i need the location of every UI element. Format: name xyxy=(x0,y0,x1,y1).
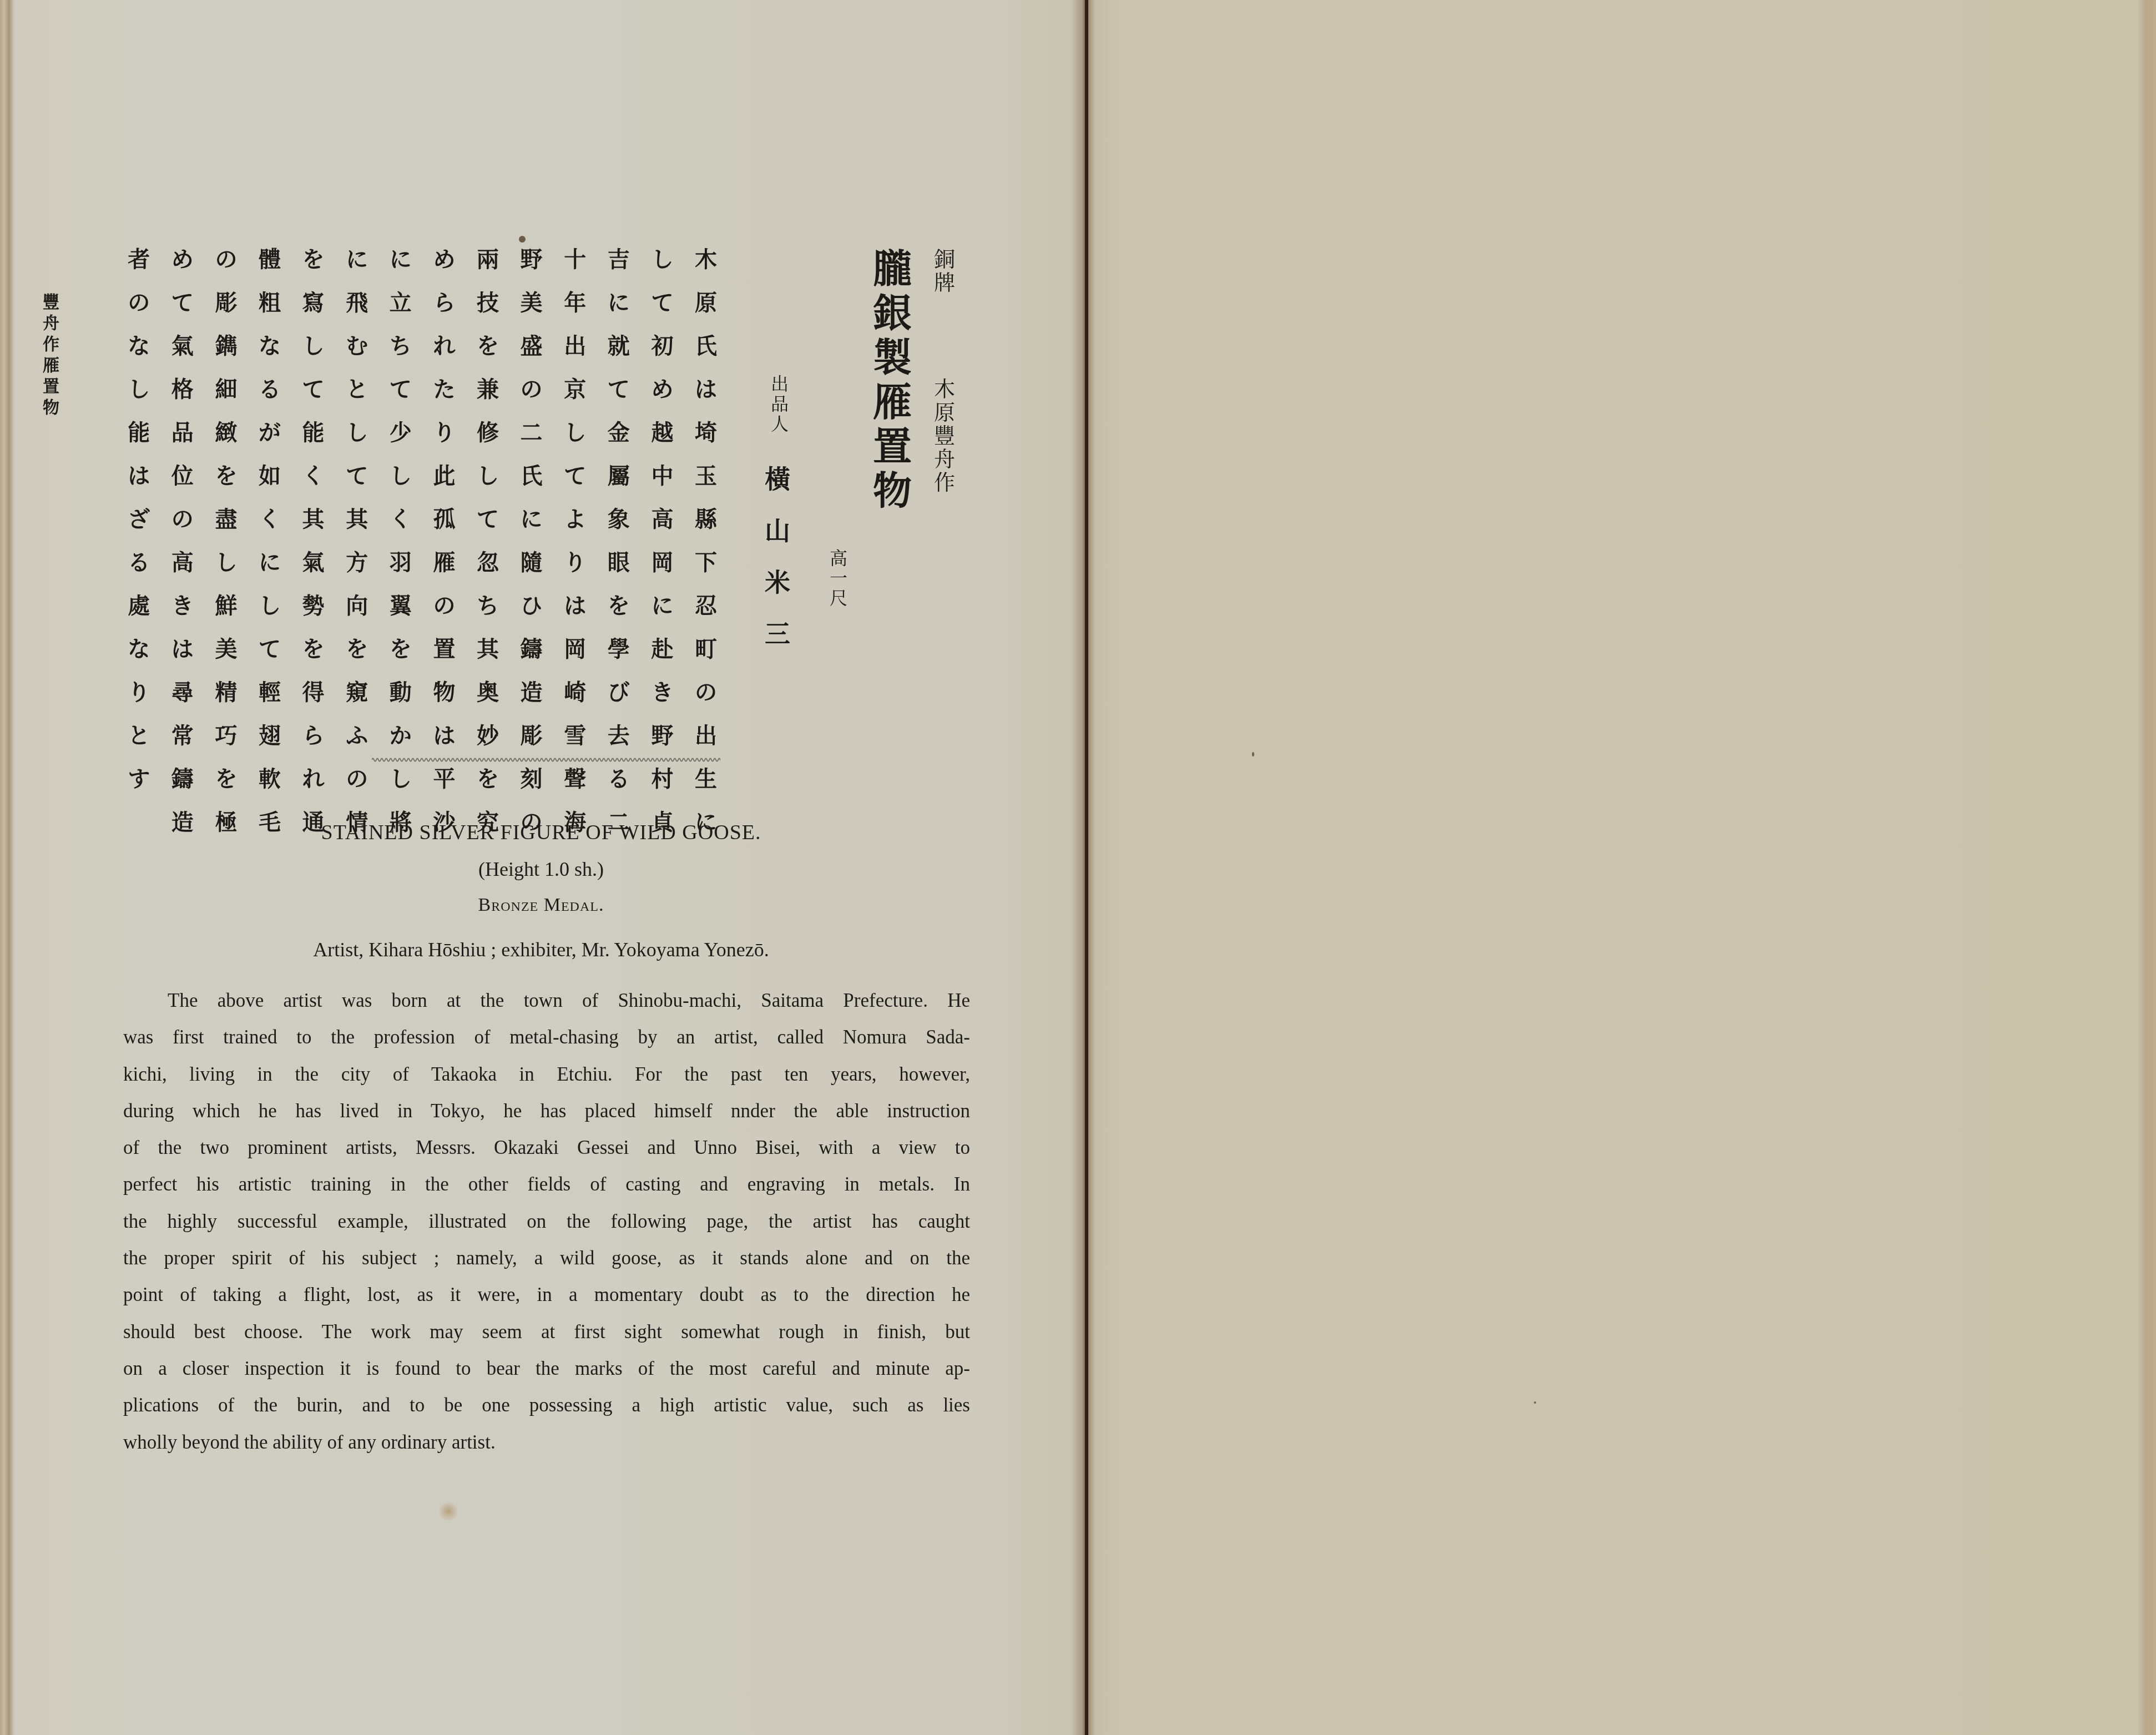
vertical-char: 造 xyxy=(521,682,543,725)
vertical-char: 平 xyxy=(433,768,455,811)
vertical-char: 窺 xyxy=(346,682,368,725)
vertical-char: た xyxy=(433,379,455,422)
vertical-char: 豐 xyxy=(43,294,59,315)
vertical-char: 刻 xyxy=(521,768,543,811)
vertical-char: 極 xyxy=(215,811,237,855)
vertical-char: 粗 xyxy=(259,292,281,335)
vertical-char: 氣 xyxy=(171,335,194,379)
vertical-char: 象 xyxy=(608,508,630,552)
vertical-char: に xyxy=(390,249,412,292)
paragraph-line: during which he has lived in Tokyo, he h… xyxy=(123,1093,970,1129)
vertical-char: 置 xyxy=(43,379,59,400)
vertical-char: 方 xyxy=(346,552,368,595)
vertical-char: 原 xyxy=(934,402,955,425)
vertical-char: を xyxy=(215,465,237,508)
paper-stain xyxy=(519,236,526,243)
vertical-char: し xyxy=(564,422,586,465)
vertical-char: 盡 xyxy=(215,508,237,552)
vertical-char: ざ xyxy=(128,508,150,552)
paragraph-line: the proper spirit of his subject ; namel… xyxy=(123,1240,970,1277)
vertical-char: 野 xyxy=(521,249,543,292)
vertical-char: 勢 xyxy=(302,595,325,638)
vertical-char: 鐫 xyxy=(215,335,237,379)
vertical-char: 就 xyxy=(608,335,630,379)
vertical-char: 豐 xyxy=(934,425,955,448)
vertical-char: 其 xyxy=(302,508,325,552)
paragraph-line: on a closer inspection it is found to be… xyxy=(123,1350,970,1387)
body-column-jp: 兩技を兼修して忽ち其奥妙を究 xyxy=(474,249,501,855)
vertical-char: の xyxy=(695,682,717,725)
vertical-char: る xyxy=(259,379,281,422)
vertical-char: 中 xyxy=(651,465,673,508)
vertical-char: 細 xyxy=(215,379,237,422)
paragraph-line: point of taking a flight, lost, as it we… xyxy=(123,1277,970,1313)
vertical-char: て xyxy=(171,292,194,335)
vertical-char: 精 xyxy=(215,682,237,725)
paragraph-line: wholly beyond the ability of any ordinar… xyxy=(123,1424,970,1461)
vertical-char: 兩 xyxy=(477,249,499,292)
vertical-char: 一 xyxy=(830,569,847,589)
vertical-char: 崎 xyxy=(564,682,586,725)
vertical-char: て xyxy=(302,379,325,422)
vertical-char: の xyxy=(521,379,543,422)
vertical-char: 銅 xyxy=(934,249,955,272)
vertical-char: 眼 xyxy=(608,552,630,595)
vertical-char: を xyxy=(477,335,499,379)
exhibitor-name-jp: 橫山米三 xyxy=(764,466,791,673)
vertical-char: 雁 xyxy=(873,383,912,427)
vertical-char: が xyxy=(259,422,281,465)
vertical-char: 體 xyxy=(259,249,281,292)
running-margin-title: 豐舟作雁置物 xyxy=(40,294,62,421)
body-column-jp: 體粗なるが如くにして輕翅軟毛 xyxy=(256,249,283,855)
vertical-char: し xyxy=(390,465,412,508)
vertical-char: 飛 xyxy=(346,292,368,335)
vertical-char: 者 xyxy=(128,249,150,292)
vertical-char: 寫 xyxy=(302,292,325,335)
vertical-char: の xyxy=(171,508,194,552)
vertical-char: く xyxy=(390,508,412,552)
vertical-char: 奥 xyxy=(477,682,499,725)
vertical-char: 出 xyxy=(564,335,586,379)
vertical-char: 下 xyxy=(695,552,717,595)
vertical-char: 緻 xyxy=(215,422,237,465)
paragraph-line: The above artist was born at the town of… xyxy=(123,982,970,1019)
vertical-char: し xyxy=(651,249,673,292)
vertical-char: 其 xyxy=(346,508,368,552)
vertical-char: 木 xyxy=(695,249,717,292)
paper-stain xyxy=(438,1501,458,1521)
page-title-jp: 朧銀製雁置物 xyxy=(870,250,915,516)
vertical-char: 初 xyxy=(651,335,673,379)
vertical-char: を xyxy=(346,638,368,682)
vertical-char: 年 xyxy=(564,292,586,335)
vertical-char: 越 xyxy=(651,422,673,465)
vertical-char: 鑄 xyxy=(521,638,543,682)
vertical-char: り xyxy=(564,552,586,595)
body-column-jp: に飛むとして其方向を窺ふの情 xyxy=(344,249,370,855)
vertical-char: 隨 xyxy=(521,552,543,595)
vertical-char: く xyxy=(259,508,281,552)
paragraph-line: plications of the burin, and to be one p… xyxy=(123,1387,970,1424)
paragraph-line: was first trained to the profession of m… xyxy=(123,1019,970,1056)
vertical-char: れ xyxy=(302,768,325,811)
vertical-char: 如 xyxy=(259,465,281,508)
vertical-char: 赴 xyxy=(651,638,673,682)
vertical-char: り xyxy=(128,682,150,725)
vertical-char: 此 xyxy=(433,465,455,508)
vertical-char: 朧 xyxy=(873,250,912,294)
vertical-char: 品 xyxy=(171,422,194,465)
body-column-jp: 吉に就て金屬象眼を學び去る二 xyxy=(605,249,632,855)
vertical-char: め xyxy=(171,249,194,292)
vertical-char: め xyxy=(433,249,455,292)
vertical-char: 木 xyxy=(934,379,955,402)
vertical-char: 二 xyxy=(521,422,543,465)
english-height: (Height 1.0 sh.) xyxy=(239,858,844,881)
vertical-char: る xyxy=(128,552,150,595)
vertical-char: 埼 xyxy=(695,422,717,465)
vertical-char: て xyxy=(651,292,673,335)
body-column-jp: 十年出京してよりは岡崎雪聲海 xyxy=(562,249,588,855)
vertical-char: 能 xyxy=(302,422,325,465)
body-column-jp: 野美盛の二氏に隨ひ鑄造彫刻の xyxy=(518,249,545,855)
body-column-jp: 者のなし能はざる處なりとす xyxy=(125,249,152,811)
vertical-char: 縣 xyxy=(695,508,717,552)
vertical-char: す xyxy=(128,768,150,811)
vertical-char: 牌 xyxy=(934,272,955,295)
vertical-char: ち xyxy=(477,595,499,638)
vertical-char: 作 xyxy=(43,336,59,357)
vertical-char: 原 xyxy=(695,292,717,335)
vertical-char: 其 xyxy=(477,638,499,682)
vertical-char: 能 xyxy=(128,422,150,465)
vertical-char: 尋 xyxy=(171,682,194,725)
vertical-char: を xyxy=(302,638,325,682)
vertical-char: し xyxy=(215,552,237,595)
vertical-char: 雁 xyxy=(43,357,59,379)
vertical-char: 舟 xyxy=(934,448,955,472)
height-jp: 高一尺 xyxy=(829,549,849,609)
vertical-char: 京 xyxy=(564,379,586,422)
vertical-char: く xyxy=(302,465,325,508)
vertical-char: 巧 xyxy=(215,725,237,768)
vertical-char: 吉 xyxy=(608,249,630,292)
vertical-char: 翼 xyxy=(390,595,412,638)
vertical-char: と xyxy=(128,725,150,768)
vertical-char: し xyxy=(390,768,412,811)
english-title: STAINED SILVER FIGURE OF WILD GOOSE. xyxy=(239,820,844,845)
vertical-char: に xyxy=(259,552,281,595)
vertical-char: の xyxy=(128,292,150,335)
vertical-char: 山 xyxy=(765,518,790,569)
vertical-char: を xyxy=(608,595,630,638)
vertical-char: 作 xyxy=(934,472,955,495)
vertical-char: 銀 xyxy=(873,294,912,339)
vertical-char: 高 xyxy=(651,508,673,552)
vertical-char: ち xyxy=(390,335,412,379)
vertical-char: の xyxy=(433,595,455,638)
vertical-char: 美 xyxy=(215,638,237,682)
paragraph-line: kichi, living in the city of Takaoka in … xyxy=(123,1056,970,1093)
vertical-char: 置 xyxy=(433,638,455,682)
english-description: The above artist was born at the town of… xyxy=(123,982,970,1461)
exhibitor-label-jp: 出品人 xyxy=(770,375,790,435)
english-medal: Bronze Medal. xyxy=(239,895,844,916)
vertical-char: 物 xyxy=(43,400,59,421)
vertical-char: 修 xyxy=(477,422,499,465)
paragraph-line: the highly successful example, illustrat… xyxy=(123,1203,970,1240)
vertical-char: 處 xyxy=(128,595,150,638)
english-artist-line: Artist, Kihara Hōshiu ; exhibiter, Mr. Y… xyxy=(239,938,844,961)
vertical-char: 舟 xyxy=(43,315,59,336)
vertical-char: し xyxy=(477,465,499,508)
vertical-char: 動 xyxy=(390,682,412,725)
vertical-char: 十 xyxy=(564,249,586,292)
vertical-char: 位 xyxy=(171,465,194,508)
vertical-char: き xyxy=(171,595,194,638)
vertical-char: 忽 xyxy=(477,552,499,595)
vertical-char: 町 xyxy=(695,638,717,682)
vertical-char: 鑄 xyxy=(171,768,194,811)
vertical-char: る xyxy=(608,768,630,811)
vertical-char: 出 xyxy=(771,375,789,395)
vertical-char: ふ xyxy=(346,725,368,768)
vertical-char: 氏 xyxy=(521,465,543,508)
paragraph-line: perfect his artistic training in the oth… xyxy=(123,1166,970,1203)
vertical-char: 輕 xyxy=(259,682,281,725)
vertical-char: て xyxy=(390,379,412,422)
vertical-char: 橫 xyxy=(765,466,790,518)
vertical-char: ひ xyxy=(521,595,543,638)
vertical-char: に xyxy=(521,508,543,552)
vertical-char: 向 xyxy=(346,595,368,638)
vertical-char: を xyxy=(215,768,237,811)
vertical-char: は xyxy=(564,595,586,638)
paragraph-line: of the two prominent artists, Messrs. Ok… xyxy=(123,1129,970,1166)
vertical-char: 軟 xyxy=(259,768,281,811)
vertical-char: し xyxy=(346,422,368,465)
vertical-char: び xyxy=(608,682,630,725)
vertical-char: 忍 xyxy=(695,595,717,638)
vertical-char: 鮮 xyxy=(215,595,237,638)
vertical-char: 物 xyxy=(873,472,912,516)
vertical-char: は xyxy=(171,638,194,682)
vertical-char: 岡 xyxy=(651,552,673,595)
vertical-char: て xyxy=(477,508,499,552)
vertical-char: 生 xyxy=(695,768,717,811)
vertical-char: 金 xyxy=(608,422,630,465)
vertical-char: し xyxy=(128,379,150,422)
vertical-char: 常 xyxy=(171,725,194,768)
body-column-jp: に立ちて少しく羽翼を動かし將 xyxy=(387,249,414,855)
vertical-char: 高 xyxy=(171,552,194,595)
vertical-char: て xyxy=(608,379,630,422)
vertical-char: 雁 xyxy=(433,552,455,595)
vertical-char: 高 xyxy=(830,549,847,569)
vertical-char: 人 xyxy=(771,415,789,435)
vertical-char: の xyxy=(346,768,368,811)
vertical-char: 三 xyxy=(765,621,790,673)
vertical-char: 造 xyxy=(171,811,194,855)
vertical-char: 物 xyxy=(433,682,455,725)
vertical-char: 村 xyxy=(651,768,673,811)
vertical-char: に xyxy=(608,292,630,335)
vertical-char: て xyxy=(259,638,281,682)
vertical-char: 羽 xyxy=(390,552,412,595)
vertical-char: 聲 xyxy=(564,768,586,811)
vertical-char: 盛 xyxy=(521,335,543,379)
vertical-char: 氏 xyxy=(695,335,717,379)
vertical-char: む xyxy=(346,335,368,379)
vertical-char: め xyxy=(651,379,673,422)
vertical-char: り xyxy=(433,422,455,465)
vertical-char: と xyxy=(346,379,368,422)
vertical-char: を xyxy=(477,768,499,811)
vertical-char: に xyxy=(651,595,673,638)
left-page: 豐舟作雁置物 銅牌木原豐舟作 朧銀製雁置物 高一尺 出品人 橫山米三 木原氏は埼… xyxy=(0,0,1086,1735)
vertical-char: 玉 xyxy=(695,465,717,508)
vertical-char: 岡 xyxy=(564,638,586,682)
vertical-char: 氣 xyxy=(302,552,325,595)
vertical-char: を xyxy=(302,249,325,292)
vertical-char: 技 xyxy=(477,292,499,335)
vertical-char: は xyxy=(128,465,150,508)
body-column-jp: して初め越中高岡に赴き野村貞 xyxy=(649,249,675,855)
vertical-char: な xyxy=(259,335,281,379)
vertical-char: し xyxy=(259,595,281,638)
vertical-char: 學 xyxy=(608,638,630,682)
vertical-char: 翅 xyxy=(259,725,281,768)
vertical-char: れ xyxy=(433,335,455,379)
vertical-char: の xyxy=(215,249,237,292)
body-column-jp: の彫鐫細緻を盡し鮮美精巧を極 xyxy=(213,249,239,855)
vertical-char: は xyxy=(695,379,717,422)
wavy-separator-rule xyxy=(372,756,720,764)
vertical-char: き xyxy=(651,682,673,725)
body-column-jp: 木原氏は埼玉縣下忍町の出生に xyxy=(693,249,719,855)
vertical-char: し xyxy=(302,335,325,379)
vertical-char: 孤 xyxy=(433,508,455,552)
vertical-char: 得 xyxy=(302,682,325,725)
vertical-char: ら xyxy=(302,725,325,768)
vertical-char: 彫 xyxy=(215,292,237,335)
paper-speck xyxy=(1252,752,1254,756)
paragraph-line: should best choose. The work may seem at… xyxy=(123,1314,970,1350)
paper-speck xyxy=(1534,1401,1536,1404)
vertical-char: 製 xyxy=(873,339,912,383)
vertical-char: ら xyxy=(433,292,455,335)
vertical-char: 少 xyxy=(390,422,412,465)
body-column-jp: めて氣格品位の高きは尋常鑄造 xyxy=(169,249,196,855)
vertical-char: な xyxy=(128,335,150,379)
medal-artist-line: 銅牌木原豐舟作 xyxy=(932,249,957,495)
vertical-char: 兼 xyxy=(477,379,499,422)
vertical-char: 品 xyxy=(771,395,789,415)
vertical-char: を xyxy=(390,638,412,682)
vertical-char: 格 xyxy=(171,379,194,422)
vertical-char: 立 xyxy=(390,292,412,335)
vertical-char: な xyxy=(128,638,150,682)
right-page-blank xyxy=(1088,0,2156,1735)
vertical-char: に xyxy=(346,249,368,292)
body-column-jp: を寫して能く其氣勢を得られ通 xyxy=(300,249,327,855)
vertical-char: よ xyxy=(564,508,586,552)
vertical-char: 米 xyxy=(765,569,790,621)
vertical-char: 置 xyxy=(873,427,912,472)
vertical-char: 屬 xyxy=(608,465,630,508)
vertical-char: 尺 xyxy=(830,589,847,609)
vertical-char: 美 xyxy=(521,292,543,335)
vertical-char: て xyxy=(564,465,586,508)
vertical-char: て xyxy=(346,465,368,508)
body-column-jp: められたり此孤雁の置物は平沙 xyxy=(431,249,457,855)
